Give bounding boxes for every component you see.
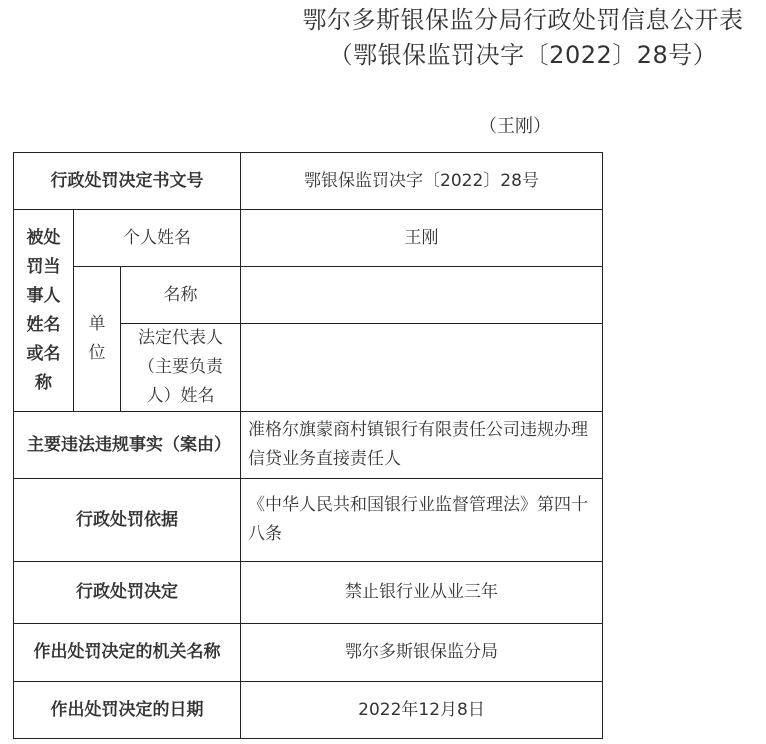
date-label: 作出处罚决定的日期 (14, 682, 241, 739)
table-row-decision-no: 行政处罚决定书文号 鄂银保监罚决字〔2022〕28号 (14, 153, 603, 210)
decision-no-value: 鄂银保监罚决字〔2022〕28号 (241, 153, 603, 210)
date-value: 2022年12月8日 (241, 682, 603, 739)
unit-name-label: 名称 (121, 267, 241, 324)
decision-no-label: 行政处罚决定书文号 (14, 153, 241, 210)
decision-label: 行政处罚决定 (14, 562, 241, 624)
facts-value: 准格尔旗蒙商村镇银行有限责任公司违规办理信贷业务直接责任人 (241, 412, 603, 479)
individual-name-label: 个人姓名 (74, 210, 241, 267)
subject-name: （王刚） (470, 115, 560, 139)
basis-value: 《中华人民共和国银行业监督管理法》第四十八条 (241, 479, 603, 562)
decision-value: 禁止银行业从业三年 (241, 562, 603, 624)
authority-label: 作出处罚决定的机关名称 (14, 624, 241, 682)
party-group-label: 被处罚当事人姓名或名称 (14, 210, 74, 412)
unit-label: 单位 (74, 267, 121, 412)
table-row-decision: 行政处罚决定 禁止银行业从业三年 (14, 562, 603, 624)
document-number-subtitle: （鄂银保监罚决字〔2022〕28号） (280, 39, 766, 71)
table-row-facts: 主要违法违规事实（案由） 准格尔旗蒙商村镇银行有限责任公司违规办理信贷业务直接责… (14, 412, 603, 479)
table-row-date: 作出处罚决定的日期 2022年12月8日 (14, 682, 603, 739)
authority-value: 鄂尔多斯银保监分局 (241, 624, 603, 682)
table-row-authority: 作出处罚决定的机关名称 鄂尔多斯银保监分局 (14, 624, 603, 682)
penalty-info-table: 行政处罚决定书文号 鄂银保监罚决字〔2022〕28号 被处罚当事人姓名或名称 个… (13, 152, 603, 739)
legal-rep-value (241, 324, 603, 412)
basis-label: 行政处罚依据 (14, 479, 241, 562)
unit-name-value (241, 267, 603, 324)
page-title: 鄂尔多斯银保监分局行政处罚信息公开表 (280, 4, 766, 36)
facts-label: 主要违法违规事实（案由） (14, 412, 241, 479)
table-row-unit-name: 单位 名称 (14, 267, 603, 324)
individual-name-value: 王刚 (241, 210, 603, 267)
table-row-basis: 行政处罚依据 《中华人民共和国银行业监督管理法》第四十八条 (14, 479, 603, 562)
table-row-individual: 被处罚当事人姓名或名称 个人姓名 王刚 (14, 210, 603, 267)
legal-rep-label: 法定代表人（主要负责人）姓名 (121, 324, 241, 412)
